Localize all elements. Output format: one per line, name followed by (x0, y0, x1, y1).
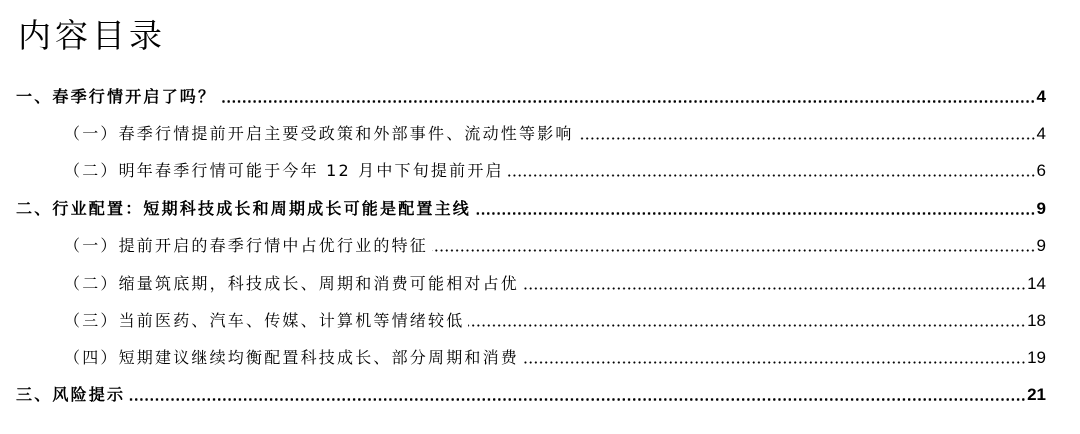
toc-page-number: 6 (1037, 160, 1046, 182)
toc-page-number: 4 (1037, 123, 1046, 145)
toc-page-number: 19 (1027, 347, 1046, 369)
toc-entry-section-2-1[interactable]: （一）提前开启的春季行情中占优行业的特征 9 (64, 227, 1046, 257)
toc-page-number: 9 (1037, 235, 1046, 257)
toc-entry-section-1-1[interactable]: （一）春季行情提前开启主要受政策和外部事件、流动性等影响 4 (64, 115, 1046, 145)
toc-entry-label: 三、风险提示 (16, 384, 125, 406)
toc-entry-section-2-4[interactable]: （四）短期建议继续均衡配置科技成长、部分周期和消费 19 (64, 339, 1046, 369)
dot-leader (523, 287, 1026, 290)
toc-entry-section-2-2[interactable]: （二）缩量筑底期，科技成长、周期和消费可能相对占优 14 (64, 265, 1046, 295)
dot-leader (129, 398, 1026, 401)
toc-entry-label: （三）当前医药、汽车、传媒、计算机等情绪较低 (64, 310, 464, 332)
toc-entry-label: （二）缩量筑底期，科技成长、周期和消费可能相对占优 (64, 273, 519, 295)
toc-entry-label: 一、春季行情开启了吗？ (16, 86, 216, 108)
page-title: 内容目录 (18, 14, 166, 58)
dot-leader (508, 174, 1036, 177)
toc-page-number: 9 (1037, 198, 1046, 220)
toc-page-number: 21 (1027, 384, 1046, 406)
dot-leader (523, 361, 1026, 364)
toc-entry-section-3[interactable]: 三、风险提示 21 (16, 376, 1046, 406)
toc-entry-label: （二）明年春季行情可能于今年 12 月中下旬提前开启 (64, 160, 504, 182)
toc-entry-section-2[interactable]: 二、行业配置：短期科技成长和周期成长可能是配置主线 9 (16, 190, 1046, 220)
dot-leader (220, 100, 1035, 103)
toc-entry-section-2-3[interactable]: （三）当前医药、汽车、传媒、计算机等情绪较低 18 (64, 302, 1046, 332)
toc-entry-label: （一）提前开启的春季行情中占优行业的特征 (64, 235, 428, 257)
toc-page-number: 14 (1027, 273, 1046, 295)
toc-page-number: 4 (1037, 86, 1046, 108)
toc-page-number: 18 (1027, 310, 1046, 332)
toc-entry-section-1[interactable]: 一、春季行情开启了吗？ 4 (16, 78, 1046, 108)
dot-leader (475, 212, 1036, 215)
toc-entry-label: （四）短期建议继续均衡配置科技成长、部分周期和消费 (64, 347, 519, 369)
dot-leader (432, 249, 1036, 252)
dot-leader (578, 137, 1036, 140)
toc-entry-label: 二、行业配置：短期科技成长和周期成长可能是配置主线 (16, 198, 471, 220)
toc-entry-label: （一）春季行情提前开启主要受政策和外部事件、流动性等影响 (64, 123, 574, 145)
dot-leader (468, 324, 1026, 327)
toc-entry-section-1-2[interactable]: （二）明年春季行情可能于今年 12 月中下旬提前开启 6 (64, 152, 1046, 182)
